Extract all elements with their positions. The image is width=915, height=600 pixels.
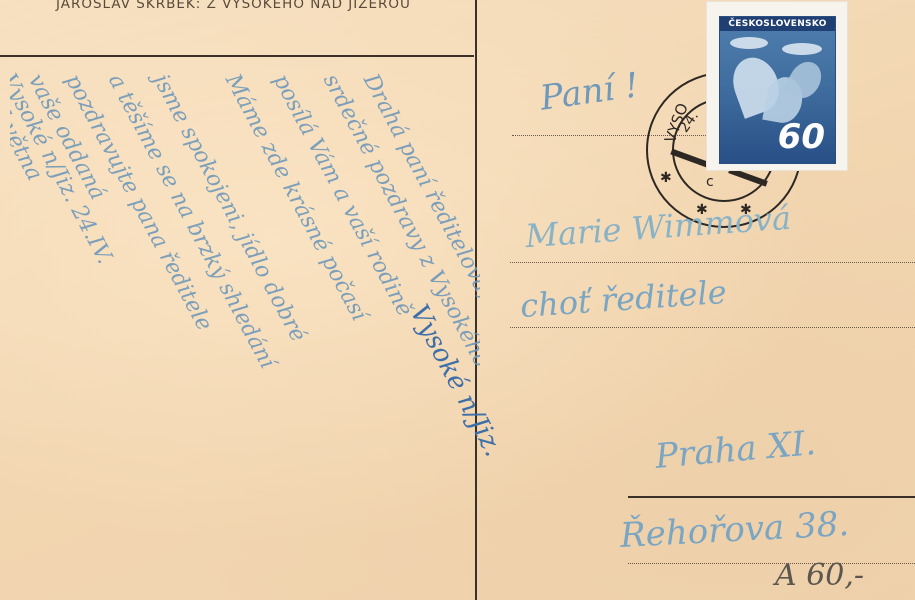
caption-divider: [0, 55, 474, 57]
address-name: Marie Wimmová: [524, 199, 792, 255]
bract-icon: [730, 37, 768, 49]
address-line-3: [510, 327, 915, 328]
postage-stamp: ČESKOSLOVENSKO 60: [707, 2, 847, 170]
postmark-ornament: ✱: [660, 170, 672, 186]
postcard-caption: JAROSLAV SKRBEK: Z VYSOKÉHO NAD JIZEROU: [56, 0, 411, 12]
handwritten-message: Drahá paní ředitelová, srdečné pozdravy …: [10, 60, 480, 600]
address-city: Praha XI.: [654, 423, 818, 477]
address-line-4: [628, 496, 915, 498]
address-street: Řehořova 38.: [619, 504, 850, 556]
stamp-value: 60: [778, 117, 825, 157]
address-salutation: Paní !: [538, 65, 641, 118]
address-line-5: [628, 563, 915, 564]
address-line-2: [510, 262, 915, 263]
stamp-image: ČESKOSLOVENSKO 60: [719, 16, 836, 164]
address-title: choť ředitele: [519, 273, 728, 325]
pencil-price-note: A 60,-: [775, 558, 864, 593]
postcard-back: JAROSLAV SKRBEK: Z VYSOKÉHO NAD JIZEROU …: [0, 0, 915, 600]
bract-icon: [782, 43, 822, 55]
stamp-country: ČESKOSLOVENSKO: [720, 17, 835, 31]
postmark-letter: c: [706, 174, 714, 190]
